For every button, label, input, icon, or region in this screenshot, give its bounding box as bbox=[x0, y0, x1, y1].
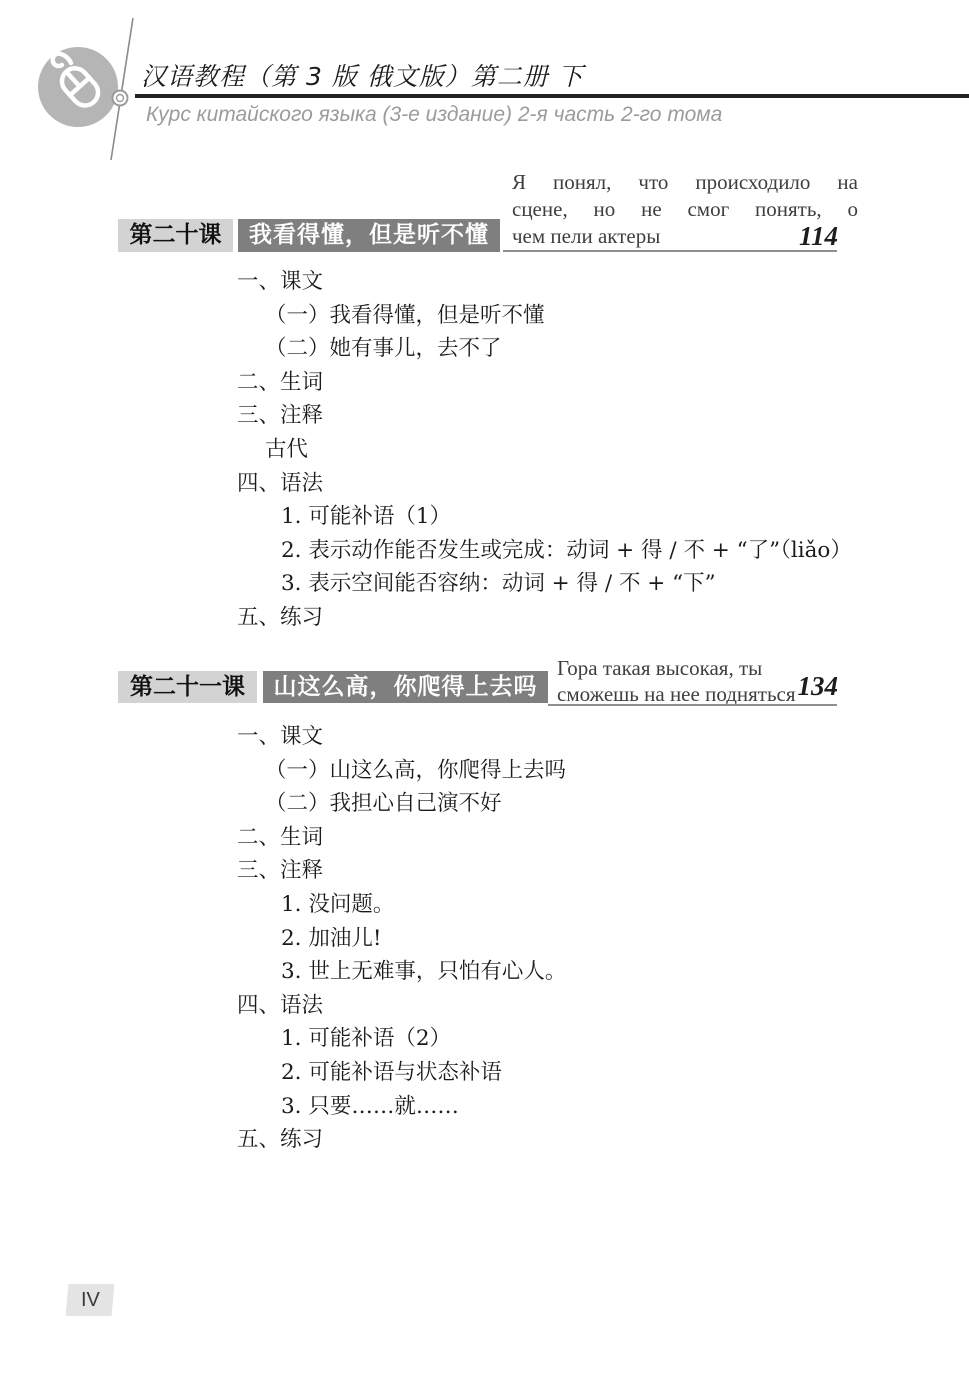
toc-item: 3. 世上无难事，只怕有心人。 bbox=[281, 955, 566, 989]
toc-item: 1. 没问题。 bbox=[281, 888, 566, 922]
annotation-line: сцене, но не смог понять, о bbox=[512, 196, 858, 223]
lesson-underline bbox=[548, 704, 837, 706]
toc-item: 一、课文 bbox=[237, 265, 852, 299]
book-toc-page: 汉语教程（第 3 版 俄文版）第二册 下 Курс китайского язы… bbox=[0, 0, 969, 1400]
toc-item: 一、课文 bbox=[237, 720, 566, 754]
toc-item: （二）我担心自己演不好 bbox=[265, 787, 566, 821]
toc-item: （一）山这么高，你爬得上去吗 bbox=[265, 754, 566, 788]
toc-item: 三、注释 bbox=[237, 854, 566, 888]
toc-item: （二）她有事儿，去不了 bbox=[265, 332, 852, 366]
lesson-page-number: 114 bbox=[799, 221, 838, 251]
toc-item: 四、语法 bbox=[237, 467, 852, 501]
toc-item: 四、语法 bbox=[237, 989, 566, 1023]
toc-item: 2. 可能补语与状态补语 bbox=[281, 1056, 566, 1090]
lesson-title: 山这么高，你爬得上去吗 bbox=[263, 671, 548, 703]
folio-page-number: IV bbox=[81, 1284, 100, 1316]
lesson-toc: 一、课文（一）我看得懂，但是听不懂（二）她有事儿，去不了二、生词三、注释古代四、… bbox=[237, 265, 852, 635]
toc-item: 1. 可能补语（1） bbox=[281, 500, 852, 534]
lesson-number-label: 第二十一课 bbox=[118, 671, 257, 703]
toc-item: 古代 bbox=[265, 433, 852, 467]
toc-item: 三、注释 bbox=[237, 399, 852, 433]
lesson-title: 我看得懂，但是听不懂 bbox=[238, 219, 500, 252]
annotation-line: Я понял, что происходило на bbox=[512, 169, 858, 196]
lesson-underline bbox=[503, 250, 837, 252]
toc-item: 1. 可能补语（2） bbox=[281, 1022, 566, 1056]
lesson-annotation-ru: Гора такая высокая, тысможешь на нее под… bbox=[557, 655, 799, 707]
lesson-toc: 一、课文（一）山这么高，你爬得上去吗（二）我担心自己演不好二、生词三、注释1. … bbox=[237, 720, 566, 1157]
lesson-number-label: 第二十课 bbox=[118, 219, 233, 252]
folio-box: IV bbox=[66, 1284, 115, 1316]
toc-item: 二、生词 bbox=[237, 366, 852, 400]
toc-item: 3. 只要……就…… bbox=[281, 1090, 566, 1124]
mouse-logo-icon bbox=[38, 47, 118, 127]
toc-item: 二、生词 bbox=[237, 821, 566, 855]
toc-item: 2. 表示动作能否发生或完成：动词 + 得 / 不 + “了”（liǎo） bbox=[281, 534, 852, 568]
toc-item: 五、练习 bbox=[237, 601, 852, 635]
book-title-ru: Курс китайского языка (3-е издание) 2-я … bbox=[146, 102, 722, 128]
toc-item: （一）我看得懂，但是听不懂 bbox=[265, 299, 852, 333]
toc-item: 3. 表示空间能否容纳：动词 + 得 / 不 + “下” bbox=[281, 567, 852, 601]
toc-item: 2. 加油儿! bbox=[281, 922, 566, 956]
lesson-page-number: 134 bbox=[798, 671, 839, 701]
toc-item: 五、练习 bbox=[237, 1123, 566, 1157]
header-rule bbox=[135, 94, 969, 98]
annotation-line: Гора такая высокая, ты bbox=[557, 655, 799, 681]
book-title-cn: 汉语教程（第 3 版 俄文版）第二册 下 bbox=[141, 62, 584, 92]
